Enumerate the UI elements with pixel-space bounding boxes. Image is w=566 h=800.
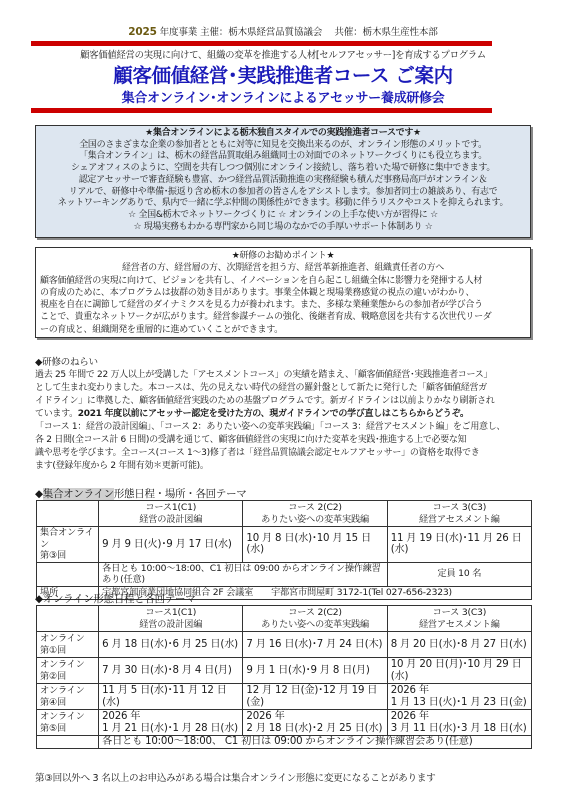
corner-cell bbox=[37, 606, 99, 632]
features-line: ☆ 全国&栃木でネットワークづくりに ☆ オンラインの上手な使い方が習得に ☆ bbox=[40, 210, 526, 222]
aim-line: 過去 25 年間で 22 万人以上が受講した「アセスメントコース」の実績を踏まえ… bbox=[35, 369, 531, 382]
table-row: オンライン第②回 7 月 30 日(水)･8 月 4 日(月) 9 月 1 日(… bbox=[37, 658, 532, 684]
date-cell: 11 月 19 日(水)･11 月 26 日(水) bbox=[387, 527, 531, 563]
organizer-text: 年度事業 主催：栃木県経営品質協議会 共催：栃木県生産性本部 bbox=[157, 27, 438, 38]
table-row: 集合オンライン第③回 9 月 9 日(火)･9 月 17 日(水) 10 月 8… bbox=[37, 527, 532, 563]
date-cell: 11 月 5 日(水)･11 月 12 日(水) bbox=[99, 684, 243, 710]
column-header-c2: コース 2(C2)ありたい姿への変革実践編 bbox=[243, 501, 387, 527]
column-header-c1: コース1(C1)経営の設計図編 bbox=[99, 606, 243, 632]
table-row: 各日とも 10:00～18:00、C1 初日は 09:00 からオンライン操作練… bbox=[37, 562, 532, 586]
red-divider-bottom bbox=[31, 108, 492, 113]
course-theme: 経営の設計図編 bbox=[102, 514, 239, 526]
features-line: 認定アセッサーで審査経験も豊富、かつ経営品質活動推進の実務経験も積んだ事務局高戸… bbox=[40, 175, 526, 187]
date-cell: 8 月 20 日(水)･8 月 27 日(水) bbox=[387, 632, 531, 658]
course-name: コース 3(C3) bbox=[391, 607, 528, 619]
column-header-c1: コース1(C1)経営の設計図編 bbox=[99, 501, 243, 527]
aim-line: 識や思考を学びます。全コース(コース 1～3)修了者は「経営品質協議会認定セルフ… bbox=[35, 447, 531, 460]
features-line: ネットワーキングありで、県内で一緒に学ぶ仲間の関係性ができます。移動に伴うリスク… bbox=[40, 198, 526, 210]
fiscal-year: 2025 bbox=[128, 26, 156, 38]
flyer-page: 2025 年度事業 主催：栃木県経営品質協議会 共催：栃木県生産性本部 顧客価値… bbox=[0, 0, 566, 800]
recommend-line: 視座を自在に調節して経営のダイナミクスを見る力が養われます。また、多様な業種業態… bbox=[40, 299, 526, 311]
column-header-c3: コース 3(C3)経営アセスメント編 bbox=[387, 606, 531, 632]
recommend-heading: ★研修のお勧めポイント★ bbox=[40, 250, 526, 262]
online-schedule-table: コース1(C1)経営の設計図編 コース 2(C2)ありたい姿への変革実践編 コー… bbox=[36, 605, 532, 749]
row-label: オンライン第②回 bbox=[37, 658, 99, 684]
red-divider-top bbox=[31, 41, 492, 46]
course-theme: 経営の設計図編 bbox=[102, 619, 239, 631]
column-header-c2: コース 2(C2)ありたい姿への変革実践編 bbox=[243, 606, 387, 632]
aim-line: として生まれ変わりました。本コースは、先の見えない時代の経営の羅針盤として新たに… bbox=[35, 382, 531, 395]
recommend-line: の育成のために、本プログラムは抜群の効き目があります。事業全体観と現場業務感覚の… bbox=[40, 287, 526, 299]
organizer-line: 2025 年度事業 主催：栃木県経営品質協議会 共催：栃木県生産性本部 bbox=[0, 24, 566, 38]
features-line: シェアオフィスのように、空間を共有しつつ個別にオンライン接続し、落ち着いた場で研… bbox=[40, 163, 526, 175]
recommend-line: ことで、貴重なネットワークが広がります。経営参謀チームの強化、後継者育成、戦略意… bbox=[40, 311, 526, 323]
date-cell: 2026 年3 月 11 日(水)･3 月 18 日(水) bbox=[387, 710, 531, 736]
group-online-heading: ◆集合オンライン形態日程・場所・各回テーマ bbox=[35, 486, 246, 501]
row-label: オンライン第⑤回 bbox=[37, 710, 99, 736]
row-label: オンライン第④回 bbox=[37, 684, 99, 710]
capacity: 定員 10 名 bbox=[387, 562, 531, 586]
aim-line: 「コース 1：経営の設計図編」、「コース 2：ありたい姿への変革実践編」「コース… bbox=[35, 421, 531, 434]
date-cell: 7 月 16 日(水)･7 月 24 日(木) bbox=[243, 632, 387, 658]
time-note: 各日とも 10:00～18:00、C1 初日は 09:00 からオンライン操作練… bbox=[99, 562, 388, 586]
heading-rest: 形態日程・場所・各回テーマ bbox=[114, 488, 247, 500]
features-heading: ★集合オンラインによる栃木独自スタイルでの実践推進者コースです★ bbox=[40, 128, 526, 140]
table-row: 各日とも 10:00～18:00、 C1 初日は 09:00 からオンライン操作… bbox=[37, 736, 532, 749]
row-label: オンライン第①回 bbox=[37, 632, 99, 658]
recommend-line: ーの育成と、組織開発を重層的に進めていくことができます。 bbox=[40, 324, 526, 336]
aim-line-prefix: ています。 bbox=[35, 409, 78, 419]
aim-line: ます(登録年度から 2 年間有効＊更新可能)。 bbox=[35, 460, 531, 473]
features-box: ★集合オンラインによる栃木独自スタイルでの実践推進者コースです★ 全国のさまざま… bbox=[35, 125, 531, 238]
date-cell: 10 月 20 日(月)･10 月 29 日(水) bbox=[387, 658, 531, 684]
course-theme: 経営アセスメント編 bbox=[391, 619, 528, 631]
features-line: リアルで、研修中や準備･振返り含め栃木の参加者の皆さんをアシストします。参加者同… bbox=[40, 187, 526, 199]
course-name: コース1(C1) bbox=[102, 502, 239, 514]
empty-cell bbox=[37, 562, 99, 586]
aim-section: ◆研修のねらい 過去 25 年間で 22 万人以上が受講した「アセスメントコース… bbox=[35, 356, 531, 473]
date-cell: 9 月 9 日(火)･9 月 17 日(水) bbox=[99, 527, 243, 563]
table-row: オンライン第④回 11 月 5 日(水)･11 月 12 日(水) 12 月 1… bbox=[37, 684, 532, 710]
recommend-target: 経営者の方、経営層の方、次期経営を担う方、経営革新推進者、組織責任者の方へ bbox=[40, 262, 526, 274]
corner-cell bbox=[37, 501, 99, 527]
table-header-row: コース1(C1)経営の設計図編 コース 2(C2)ありたい姿への変革実践編 コー… bbox=[37, 606, 532, 632]
course-name: コース 3(C3) bbox=[391, 502, 528, 514]
course-theme: 経営アセスメント編 bbox=[391, 514, 528, 526]
table-row: オンライン第⑤回 2026 年1 月 21 日(水)･1 月 28 日(水) 2… bbox=[37, 710, 532, 736]
group-online-schedule-table: コース1(C1)経営の設計図編 コース 2(C2)ありたい姿への変革実践編 コー… bbox=[36, 500, 532, 600]
course-name: コース 2(C2) bbox=[246, 607, 383, 619]
features-line: 「集合オンライン」は、栃木の経営品質取組み組織同士の対面でのネットワークづくりに… bbox=[40, 151, 526, 163]
date-cell: 6 月 18 日(水)･6 月 25 日(水) bbox=[99, 632, 243, 658]
features-line: ☆ 現場実務もわかる専門家から同じ場のなかでの手厚いサポート体制あり ☆ bbox=[40, 222, 526, 234]
date-cell: 7 月 30 日(水)･8 月 4 日(月) bbox=[99, 658, 243, 684]
column-header-c3: コース 3(C3)経営アセスメント編 bbox=[387, 501, 531, 527]
heading-highlight: 集合オンライン bbox=[43, 488, 114, 500]
page-title: 顧客価値経営･実践推進者コース ご案内 bbox=[0, 60, 566, 88]
date-cell: 9 月 1 日(水)･9 月 8 日(月) bbox=[243, 658, 387, 684]
date-cell: 2026 年1 月 13 日(火)･1 月 23 日(金) bbox=[387, 684, 531, 710]
empty-cell bbox=[37, 736, 99, 749]
aim-line: ています。2021 年度以前にアセッサー認定を受けた方の、現ガイドラインでの学び… bbox=[35, 408, 531, 421]
date-cell: 2026 年1 月 21 日(水)･1 月 28 日(水) bbox=[99, 710, 243, 736]
row-label: 集合オンライン第③回 bbox=[37, 527, 99, 563]
aim-line: 各 2 日間(全コース計 6 日間)の受講を通じて、顧客価値経営の実現に向けた変… bbox=[35, 434, 531, 447]
course-name: コース1(C1) bbox=[102, 607, 239, 619]
aim-line: イドライン」に準拠した、顧客価値経営実践のための基盤プログラムです。新ガイドライ… bbox=[35, 395, 531, 408]
page-subtitle: 集合オンライン･オンラインによるアセッサー養成研修会 bbox=[0, 87, 566, 106]
relearn-note: 2021 年度以前にアセッサー認定を受けた方の、現ガイドラインでの学び直しはこち… bbox=[78, 409, 469, 419]
course-theme: ありたい姿への変革実践編 bbox=[246, 619, 383, 631]
features-line: 全国のさまざまな企業の参加者とともに対等に知見を交換出来るのが、オンライン形態の… bbox=[40, 140, 526, 152]
online-heading: ◆オンライン形態日程と各回テーマ bbox=[35, 591, 195, 606]
table-row: オンライン第①回 6 月 18 日(水)･6 月 25 日(水) 7 月 16 … bbox=[37, 632, 532, 658]
program-subtitle: 顧客価値経営の実現に向けて、組織の変革を推進する人材[セルフアセッサー]を育成す… bbox=[0, 47, 566, 61]
date-cell: 2026 年2 月 18 日(水)･2 月 25 日(水) bbox=[243, 710, 387, 736]
date-cell: 12 月 12 日(金)･12 月 19 日(金) bbox=[243, 684, 387, 710]
course-theme: ありたい姿への変革実践編 bbox=[246, 514, 383, 526]
time-note: 各日とも 10:00～18:00、 C1 初日は 09:00 からオンライン操作… bbox=[99, 736, 532, 749]
recommend-line: 顧客価値経営の実現に向けて、ビジョンを共有し、イノベーションを自ら起こし組織全体… bbox=[40, 275, 526, 287]
recommend-box: ★研修のお勧めポイント★ 経営者の方、経営層の方、次期経営を担う方、経営革新推進… bbox=[35, 247, 531, 338]
footer-note: 第③回以外へ 3 名以上のお申込みがある場合は集合オンライン形態に変更になること… bbox=[35, 770, 435, 784]
aim-heading: ◆研修のねらい bbox=[35, 356, 531, 369]
course-name: コース 2(C2) bbox=[246, 502, 383, 514]
date-cell: 10 月 8 日(水)･10 月 15 日(水) bbox=[243, 527, 387, 563]
table-header-row: コース1(C1)経営の設計図編 コース 2(C2)ありたい姿への変革実践編 コー… bbox=[37, 501, 532, 527]
